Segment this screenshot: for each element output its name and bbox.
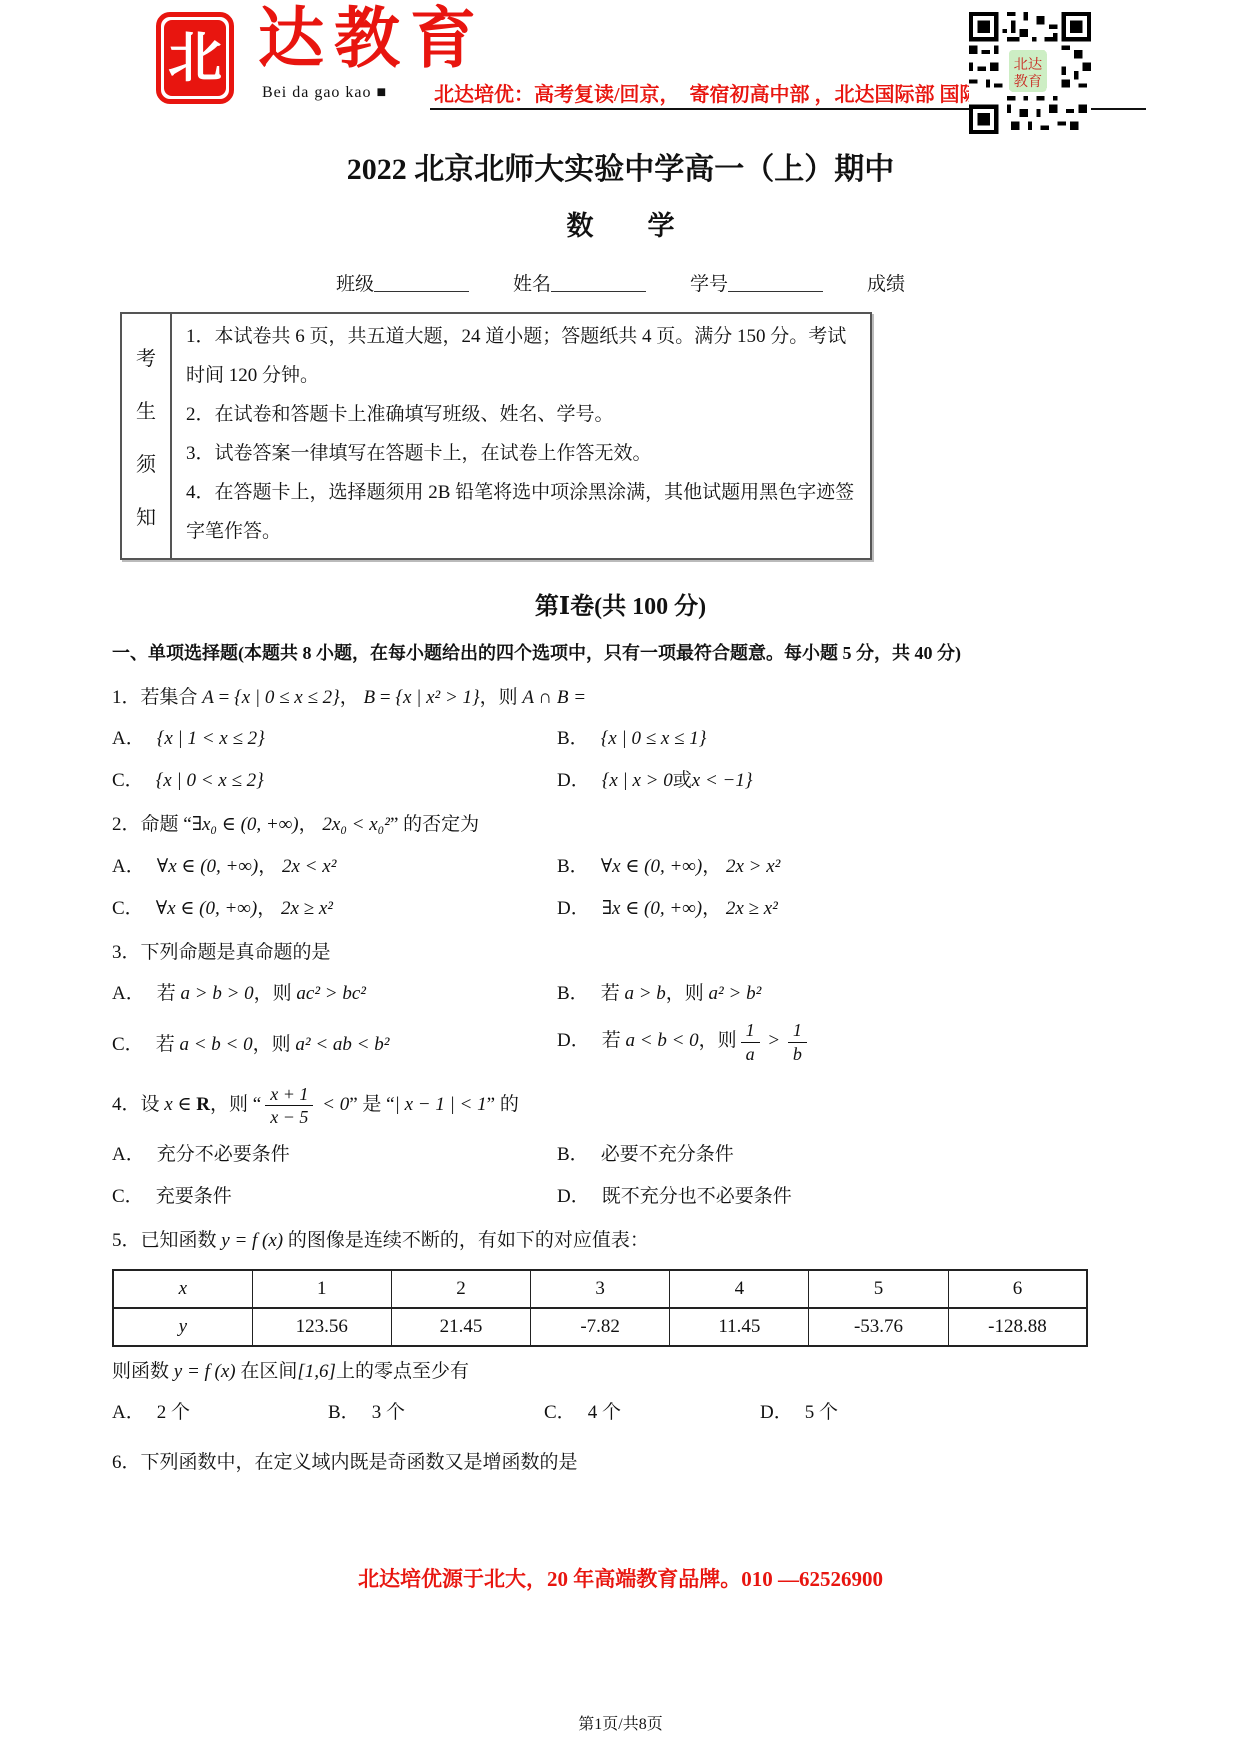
- question-1-stem: 1．若集合 A = {x | 0 ≤ x ≤ 2}， B = {x | x² >…: [112, 685, 1129, 712]
- option-text: ∃x ∈ (0, +∞)， 2x ≥ x²: [602, 898, 778, 919]
- footer-promo: 北达培优源于北大，20 年高端教育品牌。010 —62526900: [112, 1563, 1129, 1593]
- notice-item-2: 2．在试卷和答题卡上准确填写班级、姓名、学号。: [186, 396, 856, 435]
- table-cell: y: [113, 1308, 252, 1346]
- brand-logo-text: 达教育: [258, 4, 486, 77]
- option-text: 2 个: [157, 1402, 190, 1423]
- notice-body: 1．本试卷共 6 页，共五道大题，24 道小题；答题纸共 4 页。满分 150 …: [172, 314, 870, 558]
- table-cell: 4: [670, 1270, 809, 1308]
- option-text: 若 a < b < 0，则1a > 1b: [602, 1030, 811, 1051]
- table-cell: x: [113, 1270, 252, 1308]
- question-2: 2．命题 “∃x₀ ∈ (0, +∞)， 2x₀ < x₀²” 的否定为 A．∀…: [112, 812, 1129, 920]
- option-label: C．: [112, 898, 144, 919]
- header: 北 达教育 Bei da gao kao ■ 北达培优：高考复读/回京， 寄宿初…: [112, 0, 1129, 134]
- question-4-option-a: A．充分不必要条件: [112, 1139, 557, 1166]
- option-label: D．: [557, 898, 590, 919]
- notice-side-char: 生: [136, 395, 156, 424]
- question-3: 3．下列命题是真命题的是 A．若 a > b > 0，则 ac² > bc² B…: [112, 940, 1129, 1064]
- question-3-stem: 3．下列命题是真命题的是: [112, 940, 1129, 967]
- question-4-option-d: D．既不充分也不必要条件: [557, 1181, 1129, 1208]
- brand-slogan: 北达培优：高考复读/回京， 寄宿初高中部 ，北达国际部 国际竞赛部: [434, 78, 1040, 107]
- question-1-option-c: C．{x | 0 < x ≤ 2}: [112, 765, 557, 792]
- question-1-option-b: B．{x | 0 ≤ x ≤ 1}: [557, 723, 1129, 750]
- option-text: 既不充分也不必要条件: [602, 1186, 792, 1207]
- notice-item-1: 1．本试卷共 6 页，共五道大题，24 道小题；答题纸共 4 页。满分 150 …: [186, 318, 856, 396]
- notice-side-char: 考: [136, 342, 156, 371]
- question-4: 4．设 x ∈ R，则 “x + 1x − 5 < 0” 是 “| x − 1 …: [112, 1084, 1129, 1208]
- notice-side-char: 须: [136, 448, 156, 477]
- option-text: 若 a > b，则 a² > b²: [601, 983, 762, 1004]
- option-text: {x | 0 ≤ x ≤ 1}: [601, 728, 707, 749]
- question-6-stem: 6．下列函数中，在定义域内既是奇函数又是增函数的是: [112, 1450, 1129, 1477]
- question-2-options: A．∀x ∈ (0, +∞)， 2x < x² B．∀x ∈ (0, +∞)， …: [112, 851, 1129, 920]
- table-cell: 1: [252, 1270, 391, 1308]
- option-label: B．: [557, 728, 589, 749]
- student-info-row: 班级 姓名 学号 成绩: [112, 269, 1129, 296]
- notice-side-char: 知: [136, 501, 156, 530]
- page-number: 第1页/共8页: [0, 1711, 1241, 1734]
- part1-heading: 第Ⅰ卷(共 100 分): [112, 586, 1129, 621]
- question-3-option-a: A．若 a > b > 0，则 ac² > bc²: [112, 978, 557, 1005]
- option-label: A．: [112, 728, 145, 749]
- option-label: C．: [112, 1186, 144, 1207]
- question-2-stem: 2．命题 “∃x₀ ∈ (0, +∞)， 2x₀ < x₀²” 的否定为: [112, 812, 1129, 839]
- question-3-options: A．若 a > b > 0，则 ac² > bc² B．若 a > b，则 a²…: [112, 978, 1129, 1063]
- value-table-y-row: y 123.56 21.45 -7.82 11.45 -53.76 -128.8…: [113, 1308, 1087, 1346]
- option-text: 5 个: [805, 1402, 838, 1423]
- table-cell: -53.76: [809, 1308, 948, 1346]
- question-5: 5．已知函数 y = f (x) 的图像是连续不断的，有如下的对应值表： x 1…: [112, 1228, 1129, 1424]
- table-cell: -7.82: [531, 1308, 670, 1346]
- brand-seal-inner: 北: [164, 20, 226, 96]
- id-label: 学号: [690, 274, 728, 295]
- notice-item-4: 4．在答题卡上，选择题须用 2B 铅笔将选中项涂黑涂满，其他试题用黑色字迹签字笔…: [186, 474, 856, 552]
- table-cell: 21.45: [391, 1308, 530, 1346]
- option-text: ∀x ∈ (0, +∞)， 2x < x²: [157, 856, 337, 877]
- class-label: 班级: [336, 274, 374, 295]
- id-blank-line: [728, 272, 823, 292]
- name-label: 姓名: [513, 274, 551, 295]
- brand-logo-subtext: Bei da gao kao ■: [262, 84, 387, 102]
- option-label: B．: [557, 1144, 589, 1165]
- name-field: 姓名: [513, 269, 646, 296]
- brand-seal: 北: [156, 12, 234, 104]
- qr-code-icon: 北达 教育: [969, 12, 1091, 134]
- option-text: 若 a < b < 0，则 a² < ab < b²: [156, 1034, 390, 1055]
- table-cell: 123.56: [252, 1308, 391, 1346]
- question-5-stem: 5．已知函数 y = f (x) 的图像是连续不断的，有如下的对应值表：: [112, 1228, 1129, 1255]
- table-cell: 11.45: [670, 1308, 809, 1346]
- option-label: D．: [557, 1186, 590, 1207]
- section1-heading: 一、单项选择题(本题共 8 小题，在每小题给出的四个选项中，只有一项最符合题意。…: [112, 639, 1129, 665]
- score-label: 成绩: [867, 269, 905, 296]
- option-text: 充要条件: [156, 1186, 232, 1207]
- option-text: 必要不充分条件: [601, 1144, 734, 1165]
- option-label: A．: [112, 1402, 145, 1423]
- option-text: ∀x ∈ (0, +∞)， 2x ≥ x²: [156, 898, 333, 919]
- question-4-stem: 4．设 x ∈ R，则 “x + 1x − 5 < 0” 是 “| x − 1 …: [112, 1084, 1129, 1127]
- table-cell: 2: [391, 1270, 530, 1308]
- option-text: {x | x > 0或x < −1}: [602, 770, 753, 791]
- question-2-option-b: B．∀x ∈ (0, +∞)， 2x > x²: [557, 851, 1129, 878]
- question-5-options: A．2 个 B．3 个 C．4 个 D．5 个: [112, 1397, 1129, 1424]
- option-label: A．: [112, 856, 145, 877]
- question-1-option-a: A．{x | 1 < x ≤ 2}: [112, 723, 557, 750]
- question-4-options: A．充分不必要条件 B．必要不充分条件 C．充要条件 D．既不充分也不必要条件: [112, 1139, 1129, 1208]
- page-content: 北 达教育 Bei da gao kao ■ 北达培优：高考复读/回京， 寄宿初…: [0, 0, 1241, 1593]
- option-text: ∀x ∈ (0, +∞)， 2x > x²: [601, 856, 781, 877]
- qr-label-line1: 北达: [1014, 56, 1043, 73]
- option-label: A．: [112, 1144, 145, 1165]
- question-2-option-c: C．∀x ∈ (0, +∞)， 2x ≥ x²: [112, 893, 557, 920]
- question-1-option-d: D．{x | x > 0或x < −1}: [557, 765, 1129, 792]
- table-cell: 5: [809, 1270, 948, 1308]
- option-label: B．: [557, 983, 589, 1004]
- table-cell: 6: [948, 1270, 1087, 1308]
- class-field: 班级: [336, 269, 469, 296]
- exam-paper-page: { "brand": { "seal_char": "北", "logo_tex…: [0, 0, 1241, 1754]
- notice-box: 考 生 须 知 1．本试卷共 6 页，共五道大题，24 道小题；答题纸共 4 页…: [120, 312, 872, 560]
- question-5-followup: 则函数 y = f (x) 在区间[1,6]上的零点至少有: [112, 1359, 1129, 1386]
- question-5-option-a: A．2 个: [112, 1397, 328, 1424]
- question-6: 6．下列函数中，在定义域内既是奇函数又是增函数的是: [112, 1450, 1129, 1477]
- question-2-option-a: A．∀x ∈ (0, +∞)， 2x < x²: [112, 851, 557, 878]
- option-label: A．: [112, 983, 145, 1004]
- option-label: C．: [112, 1034, 144, 1055]
- brand-seal-char: 北: [168, 31, 222, 85]
- option-text: 充分不必要条件: [157, 1144, 290, 1165]
- exam-title: 2022 北京北师大实验中学高一（上）期中: [112, 144, 1129, 188]
- option-label: B．: [328, 1402, 360, 1423]
- id-field: 学号: [690, 269, 823, 296]
- option-label: D．: [557, 1030, 590, 1051]
- question-2-option-d: D．∃x ∈ (0, +∞)， 2x ≥ x²: [557, 893, 1129, 920]
- option-text: 若 a > b > 0，则 ac² > bc²: [157, 983, 366, 1004]
- subject-title: 数 学: [112, 204, 1129, 243]
- notice-side-title: 考 生 须 知: [122, 314, 172, 558]
- question-4-option-c: C．充要条件: [112, 1181, 557, 1208]
- question-3-option-d: D．若 a < b < 0，则1a > 1b: [557, 1020, 1129, 1063]
- option-label: D．: [760, 1402, 793, 1423]
- qr-label-line2: 教育: [1014, 72, 1043, 90]
- notice-item-3: 3．试卷答案一律填写在答题卡上，在试卷上作答无效。: [186, 435, 856, 474]
- question-5-option-b: B．3 个: [328, 1397, 544, 1424]
- class-blank-line: [374, 272, 469, 292]
- option-text: 4 个: [588, 1402, 621, 1423]
- table-cell: 3: [531, 1270, 670, 1308]
- option-label: D．: [557, 770, 590, 791]
- question-3-option-c: C．若 a < b < 0，则 a² < ab < b²: [112, 1029, 557, 1056]
- option-label: C．: [112, 770, 144, 791]
- option-label: C．: [544, 1402, 576, 1423]
- option-text: {x | 0 < x ≤ 2}: [156, 770, 264, 791]
- question-1-options: A．{x | 1 < x ≤ 2} B．{x | 0 ≤ x ≤ 1} C．{x…: [112, 723, 1129, 792]
- question-3-option-b: B．若 a > b，则 a² > b²: [557, 978, 1129, 1005]
- question-5-option-d: D．5 个: [760, 1397, 1129, 1424]
- option-text: 3 个: [372, 1402, 405, 1423]
- option-text: {x | 1 < x ≤ 2}: [157, 728, 265, 749]
- question-1: 1．若集合 A = {x | 0 ≤ x ≤ 2}， B = {x | x² >…: [112, 685, 1129, 793]
- value-table-x-row: x 1 2 3 4 5 6: [113, 1270, 1087, 1308]
- value-table: x 1 2 3 4 5 6 y 123.56 21.45 -7.82 11.45…: [112, 1269, 1088, 1347]
- option-label: B．: [557, 856, 589, 877]
- question-5-option-c: C．4 个: [544, 1397, 760, 1424]
- question-4-option-b: B．必要不充分条件: [557, 1139, 1129, 1166]
- name-blank-line: [551, 272, 646, 292]
- table-cell: -128.88: [948, 1308, 1087, 1346]
